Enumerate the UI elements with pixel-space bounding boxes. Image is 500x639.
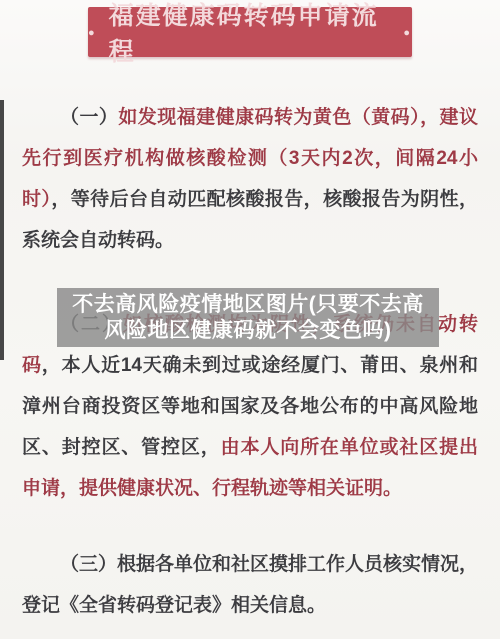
caption-overlay: 不去高风险疫情地区图片(只要不去高 风险地区健康码就不会变色吗) [57, 288, 439, 347]
page-background: ● 福建健康码转码申请流程 ● （一）如发现福建健康码转为黄色（黄码），建议先行… [0, 0, 500, 639]
banner-dot-left-icon: ● [88, 28, 97, 39]
caption-line-1: 不去高风险疫情地区图片(只要不去高 [72, 292, 424, 318]
page-title: 福建健康码转码申请流程 [109, 0, 392, 68]
paragraph-3: （三）根据各单位和社区摸排工作人员核实情况，登记《全省转码登记表》相关信息。 [22, 544, 478, 626]
paragraph-1: （一）如发现福建健康码转为黄色（黄码），建议先行到医疗机构做核酸检测（3天内2次… [22, 97, 478, 261]
text-segment: （一） [60, 107, 118, 128]
text-segment: ，等待后台自动匹配核酸报告，核酸报告为阴性，系统会自动转码。 [22, 189, 478, 251]
caption-line-2: 风险地区健康码就不会变色吗) [105, 318, 392, 344]
title-banner: ● 福建健康码转码申请流程 ● [88, 7, 412, 57]
text-segment: （三）根据各单位和社区摸排工作人员核实情况，登记《全省转码登记表》相关信息。 [22, 554, 478, 616]
left-edge-bar [0, 100, 4, 360]
banner-dot-right-icon: ● [403, 28, 412, 39]
